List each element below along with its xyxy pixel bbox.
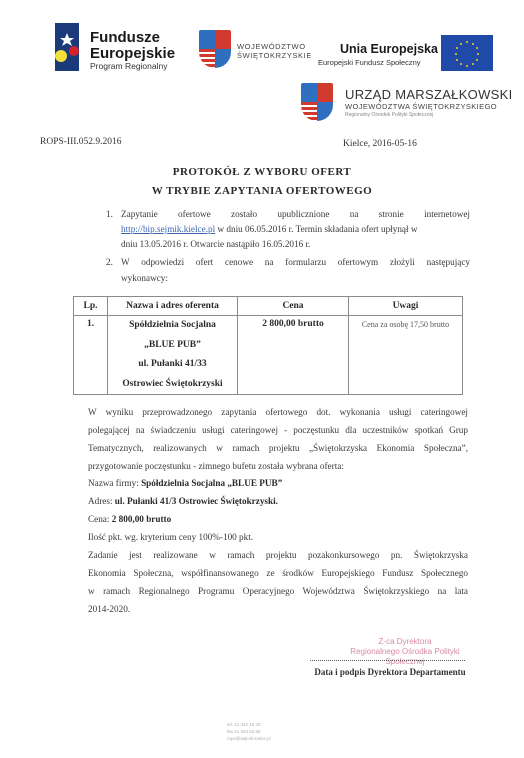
offerer-city: Ostrowiec Świętokrzyski xyxy=(108,375,237,395)
project-line2: Ekonomia Społeczna, współfinansowanego z… xyxy=(88,567,468,580)
project-line4: 2014-2020. xyxy=(88,603,130,616)
summary-line1: W wyniku przeprowadzonego zapytania ofer… xyxy=(88,406,468,419)
point-2-number: 2. xyxy=(106,256,113,269)
fundusze-title: Fundusze Europejskie xyxy=(90,30,175,62)
price-row: Cena: 2 800,00 brutto xyxy=(88,513,171,526)
cell-name: Spółdzielnia Socjalna „BLUE PUB” ul. Puł… xyxy=(108,316,238,395)
address-label: Adres: xyxy=(88,496,115,506)
document-title-line2: W TRYBIE ZAPYTANIA OFERTOWEGO xyxy=(0,185,524,197)
table-header-row: Lp. Nazwa i adres oferenta Cena Uwagi xyxy=(74,297,463,316)
point-1-line3: dniu 13.05.2016 r. Otwarcie nastąpiło 16… xyxy=(121,238,310,251)
eu-flag-icon xyxy=(441,35,493,71)
urzad-title: URZĄD MARSZAŁKOWSKI xyxy=(345,87,513,102)
address-row: Adres: ul. Pułanki 41/3 Ostrowiec Święto… xyxy=(88,495,278,508)
project-line1: Zadanie jest realizowane w ramach projek… xyxy=(88,549,468,562)
coat-of-arms-icon xyxy=(199,30,231,68)
header-price: Cena xyxy=(238,297,349,316)
firm-label: Nazwa firmy: xyxy=(88,478,141,488)
fundusze-title-line2: Europejskie xyxy=(90,46,175,62)
summary-line3: Tematycznych, realizowanych w ramach pro… xyxy=(88,442,468,455)
fundusze-subtitle: Program Regionalny xyxy=(90,61,167,71)
director-stamp: Z-ca Dyrektora Regionalnego Ośrodka Poli… xyxy=(340,637,470,667)
point-1-number: 1. xyxy=(106,208,113,221)
cell-price: 2 800,00 brutto xyxy=(238,316,349,395)
signature-line xyxy=(310,658,465,661)
reference-number: ROPS-III.052.9.2016 xyxy=(40,137,122,147)
price-value: 2 800,00 brutto xyxy=(112,514,171,524)
urzad-subtitle-small: Regionalny Ośrodek Polityki Społecznej xyxy=(345,112,433,118)
fundusze-europejskie-logo-icon xyxy=(55,23,79,71)
footer-fax: fax 41 344 52 65 xyxy=(227,728,271,735)
footer-phone: tel. 41 342 15 42 xyxy=(227,721,271,728)
unia-europejska-title: Unia Europejska xyxy=(340,42,438,56)
signature-label: Data i podpis Dyrektora Departamentu xyxy=(310,667,470,677)
place-date: Kielce, 2016-05-16 xyxy=(343,139,417,149)
document-title-line1: PROTOKÓŁ Z WYBORU OFERT xyxy=(0,166,524,178)
point-1-line2: http://bip.sejmik.kielce.pl w dniu 06.05… xyxy=(121,223,470,236)
offers-table: Lp. Nazwa i adres oferenta Cena Uwagi 1.… xyxy=(73,296,463,395)
price-label: Cena: xyxy=(88,514,112,524)
firm-row: Nazwa firmy: Spółdzielnia Socjalna „BLUE… xyxy=(88,477,282,490)
points-row: Ilość pkt. wg. kryterium ceny 100%-100 p… xyxy=(88,531,253,544)
project-line3: w ramach Regionalnego Programu Operacyjn… xyxy=(88,585,468,598)
table-row: 1. Spółdzielnia Socjalna „BLUE PUB” ul. … xyxy=(74,316,463,395)
unia-europejska-subtitle: Europejski Fundusz Społeczny xyxy=(318,58,421,67)
header-notes: Uwagi xyxy=(349,297,463,316)
address-value: ul. Pułanki 41/3 Ostrowiec Świętokrzyski… xyxy=(115,496,278,506)
wojewodztwo-label: WOJEWÓDZTWO ŚWIĘTOKRZYSKIE xyxy=(237,42,312,60)
offerer-street: ul. Pułanki 41/33 xyxy=(108,355,237,375)
offerer-brand: „BLUE PUB” xyxy=(108,336,237,356)
wojewodztwo-line1: WOJEWÓDZTWO xyxy=(237,42,312,51)
point-2-line2: wykonawcy: xyxy=(121,272,168,285)
footer-email: rops@sejmik.kielce.pl xyxy=(227,735,271,742)
stamp-line1: Z-ca Dyrektora xyxy=(340,637,470,647)
offerer-name: Spółdzielnia Socjalna xyxy=(108,316,237,336)
point-1-line2-text: w dniu 06.05.2016 r. Termin składania of… xyxy=(215,224,417,234)
bip-link[interactable]: http://bip.sejmik.kielce.pl xyxy=(121,224,215,234)
cell-lp: 1. xyxy=(74,316,108,395)
header-name: Nazwa i adres oferenta xyxy=(108,297,238,316)
header-lp: Lp. xyxy=(74,297,108,316)
fundusze-title-line1: Fundusze xyxy=(90,30,175,46)
cell-notes: Cena za osobę 17,50 brutto xyxy=(349,316,463,395)
coat-of-arms-urzad-icon xyxy=(301,83,333,121)
wojewodztwo-line2: ŚWIĘTOKRZYSKIE xyxy=(237,51,312,60)
summary-line4: przygotowanie poczęstunku - zimnego bufe… xyxy=(88,460,344,473)
firm-value: Spółdzielnia Socjalna „BLUE PUB” xyxy=(141,478,282,488)
stamp-line2: Regionalnego Ośrodka Polityki xyxy=(340,647,470,657)
summary-line2: polegającej na świadczeniu usługi cateri… xyxy=(88,424,468,437)
point-1-line1: Zapytanie ofertowe zostało upublicznione… xyxy=(121,208,470,221)
point-2-line1: W odpowiedzi ofert cenowe na formularzu … xyxy=(121,256,470,269)
urzad-subtitle: WOJEWÓDZTWA ŚWIĘTOKRZYSKIEGO xyxy=(345,102,497,111)
footer-contact: tel. 41 342 15 42 fax 41 344 52 65 rops@… xyxy=(227,721,271,742)
